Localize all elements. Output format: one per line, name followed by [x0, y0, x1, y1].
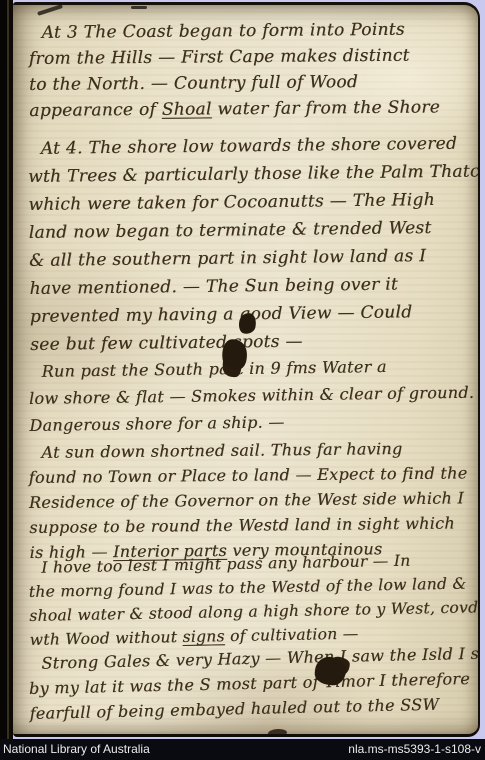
book-gutter-shadow: [0, 0, 13, 741]
manuscript-paragraph: At 3 The Coast began to form into Points…: [29, 16, 475, 124]
manuscript-paragraph: Strong Gales & very Hazy — When I saw th…: [28, 641, 475, 726]
manuscript-line: to the North. — Country full of Wood: [29, 68, 474, 98]
status-bar: National Library of Australia nla.ms-ms5…: [0, 739, 485, 760]
manuscript-paragraph: I hove too lest I might pass any harbour…: [28, 547, 475, 652]
manuscript-line: At 3 The Coast began to form into Points: [29, 16, 474, 46]
ink-blot: [268, 728, 288, 737]
scan-viewport: At 3 The Coast began to form into Points…: [0, 0, 485, 760]
manuscript-line: Dangerous shore for a ship. —: [29, 406, 474, 439]
manuscript-paragraph: Run past the South part in 9 fms Water a…: [28, 352, 474, 439]
manuscript-line: appearance of Shoal water far from the S…: [29, 94, 474, 124]
library-name-label: National Library of Australia: [3, 739, 150, 760]
manuscript-page: At 3 The Coast began to form into Points…: [13, 2, 480, 737]
manuscript-line: & all the southern part in sight low lan…: [29, 242, 474, 275]
manuscript: At 3 The Coast began to form into Points…: [13, 5, 478, 734]
manuscript-line: suppose to be round the Westd land in si…: [29, 510, 474, 540]
manuscript-paragraph: At sun down shortned sail. Thus far havi…: [28, 435, 474, 565]
image-reference-label: nla.ms-ms5393-1-s108-v: [348, 739, 481, 760]
manuscript-line: from the Hills — First Cape makes distin…: [29, 42, 474, 72]
